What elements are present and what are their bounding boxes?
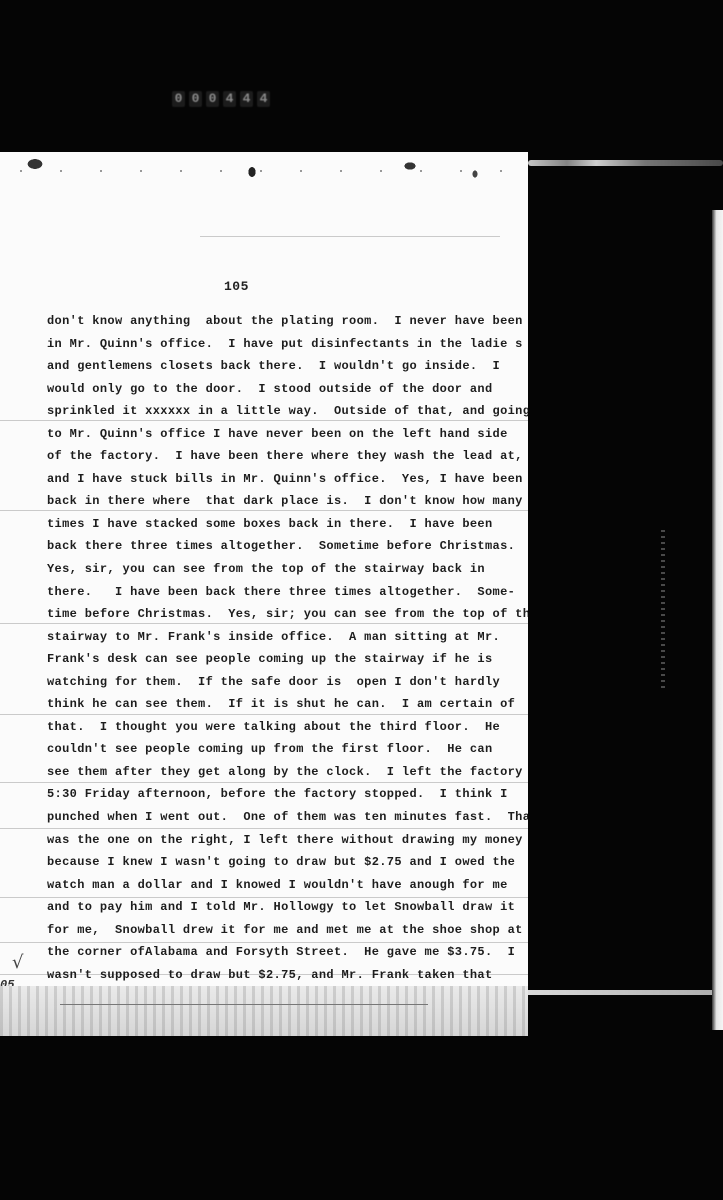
frame-digit: 4 [257, 91, 270, 107]
text-line: wasn't supposed to draw but $2.75, and M… [47, 964, 517, 987]
text-line: of the factory. I have been there where … [47, 445, 517, 468]
microfilm-frame-number: 0 0 0 4 4 4 [172, 91, 270, 107]
text-line: don't know anything about the plating ro… [47, 310, 517, 333]
text-line: watch man a dollar and I knowed I wouldn… [47, 874, 517, 897]
frame-digit: 0 [172, 91, 185, 107]
text-line: times I have stacked some boxes back in … [47, 513, 517, 536]
text-line: because I knew I wasn't going to draw bu… [47, 851, 517, 874]
text-line: Frank's desk can see people coming up th… [47, 648, 517, 671]
text-line: there. I have been back there three time… [47, 581, 517, 604]
text-line: to Mr. Quinn's office I have never been … [47, 423, 517, 446]
text-line: stairway to Mr. Frank's inside office. A… [47, 626, 517, 649]
text-line: and gentlemens closets back there. I wou… [47, 355, 517, 378]
text-line: time before Christmas. Yes, sir; you can… [47, 603, 517, 626]
page-bottom-edge [0, 986, 528, 1036]
margin-check-mark: √ [12, 952, 23, 973]
text-line: think he can see them. If it is shut he … [47, 693, 517, 716]
text-line: in Mr. Quinn's office. I have put disinf… [47, 333, 517, 356]
text-line: sprinkled it xxxxxx in a little way. Out… [47, 400, 517, 423]
page-number: 105 [224, 279, 249, 294]
frame-digit: 0 [189, 91, 202, 107]
text-line: that. I thought you were talking about t… [47, 716, 517, 739]
text-line: punched when I went out. One of them was… [47, 806, 517, 829]
film-edge-streak-top [528, 160, 723, 166]
text-line: watching for them. If the safe door is o… [47, 671, 517, 694]
text-line: Yes, sir, you can see from the top of th… [47, 558, 517, 581]
text-line: for me, Snowball drew it for me and met … [47, 919, 517, 942]
text-line: 5:30 Friday afternoon, before the factor… [47, 783, 517, 806]
text-line: couldn't see people coming up from the f… [47, 738, 517, 761]
text-line: would only go to the door. I stood outsi… [47, 378, 517, 401]
text-line: back there three times altogether. Somet… [47, 535, 517, 558]
film-scratch [661, 530, 665, 690]
text-line: see them after they get along by the clo… [47, 761, 517, 784]
text-line: the corner ofAlabama and Forsyth Street.… [47, 941, 517, 964]
text-line: and I have stuck bills in Mr. Quinn's of… [47, 468, 517, 491]
typed-document-page: 105 don't know anything about the platin… [0, 152, 528, 1036]
frame-digit: 4 [240, 91, 253, 107]
typed-transcript-body: don't know anything about the plating ro… [47, 310, 517, 986]
frame-digit: 4 [223, 91, 236, 107]
text-line: and to pay him and I told Mr. Hollowgy t… [47, 896, 517, 919]
ruled-line [200, 236, 500, 237]
text-line: was the one on the right, I left there w… [47, 829, 517, 852]
adjacent-page-edge [712, 210, 723, 1030]
text-line: back in there where that dark place is. … [47, 490, 517, 513]
frame-digit: 0 [206, 91, 219, 107]
film-edge-streak-bottom [528, 990, 718, 995]
